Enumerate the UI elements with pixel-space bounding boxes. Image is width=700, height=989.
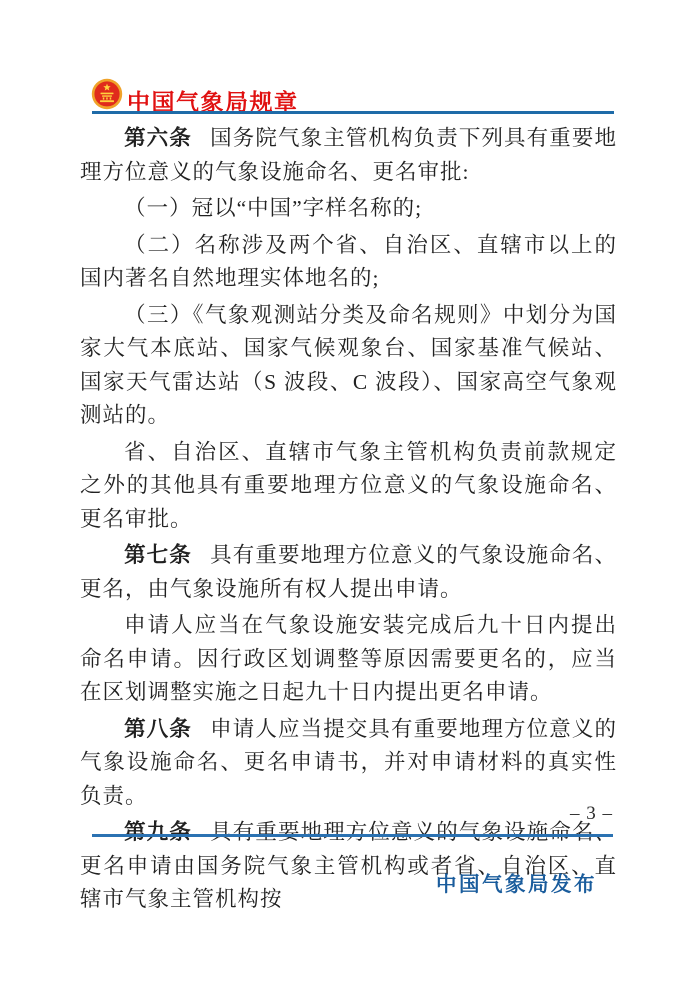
article-number: 第六条 xyxy=(124,126,192,150)
paragraph-item-3: （三）《气象观测站分类及命名规则》中划分为国家大气本底站、国家气候观象台、国家基… xyxy=(80,299,617,433)
paragraph-text: （二）名称涉及两个省、自治区、直辖市以上的国内著名自然地理实体地名的; xyxy=(80,233,617,291)
paragraph-article-7: 第七条具有重要地理方位意义的气象设施命名、更名，由气象设施所有权人提出申请。 xyxy=(80,539,617,606)
paragraph-text: （一）冠以“中国”字样名称的; xyxy=(124,196,422,220)
header-rule xyxy=(92,111,614,114)
article-number: 第七条 xyxy=(124,543,192,567)
paragraph-provincial: 省、自治区、直辖市气象主管机构负责前款规定之外的其他具有重要地理方位意义的气象设… xyxy=(80,436,617,537)
paragraph-item-1: （一）冠以“中国”字样名称的; xyxy=(80,192,617,226)
paragraph-article-6: 第六条国务院气象主管机构负责下列具有重要地理方位意义的气象设施命名、更名审批: xyxy=(80,122,617,189)
paragraph-article-8: 第八条申请人应当提交具有重要地理方位意义的气象设施命名、更名申请书，并对申请材料… xyxy=(80,713,617,814)
paragraph-text: 省、自治区、直辖市气象主管机构负责前款规定之外的其他具有重要地理方位意义的气象设… xyxy=(80,440,617,531)
china-national-emblem-icon xyxy=(91,78,123,110)
page-number: – 3 – xyxy=(0,803,613,825)
publisher-label: 中国气象局发布 xyxy=(0,867,597,897)
article-number: 第八条 xyxy=(124,717,192,741)
paragraph-item-2: （二）名称涉及两个省、自治区、直辖市以上的国内著名自然地理实体地名的; xyxy=(80,229,617,296)
paragraph-application: 申请人应当在气象设施安装完成后九十日内提出命名申请。因行政区划调整等原因需要更名… xyxy=(80,609,617,710)
paragraph-text: （三）《气象观测站分类及命名规则》中划分为国家大气本底站、国家气候观象台、国家基… xyxy=(80,303,617,428)
paragraph-text: 申请人应当在气象设施安装完成后九十日内提出命名申请。因行政区划调整等原因需要更名… xyxy=(80,613,617,704)
footer-rule xyxy=(92,834,613,837)
document-page: 中国气象局规章 第六条国务院气象主管机构负责下列具有重要地理方位意义的气象设施命… xyxy=(0,0,700,989)
document-body: 第六条国务院气象主管机构负责下列具有重要地理方位意义的气象设施命名、更名审批: … xyxy=(80,122,617,920)
